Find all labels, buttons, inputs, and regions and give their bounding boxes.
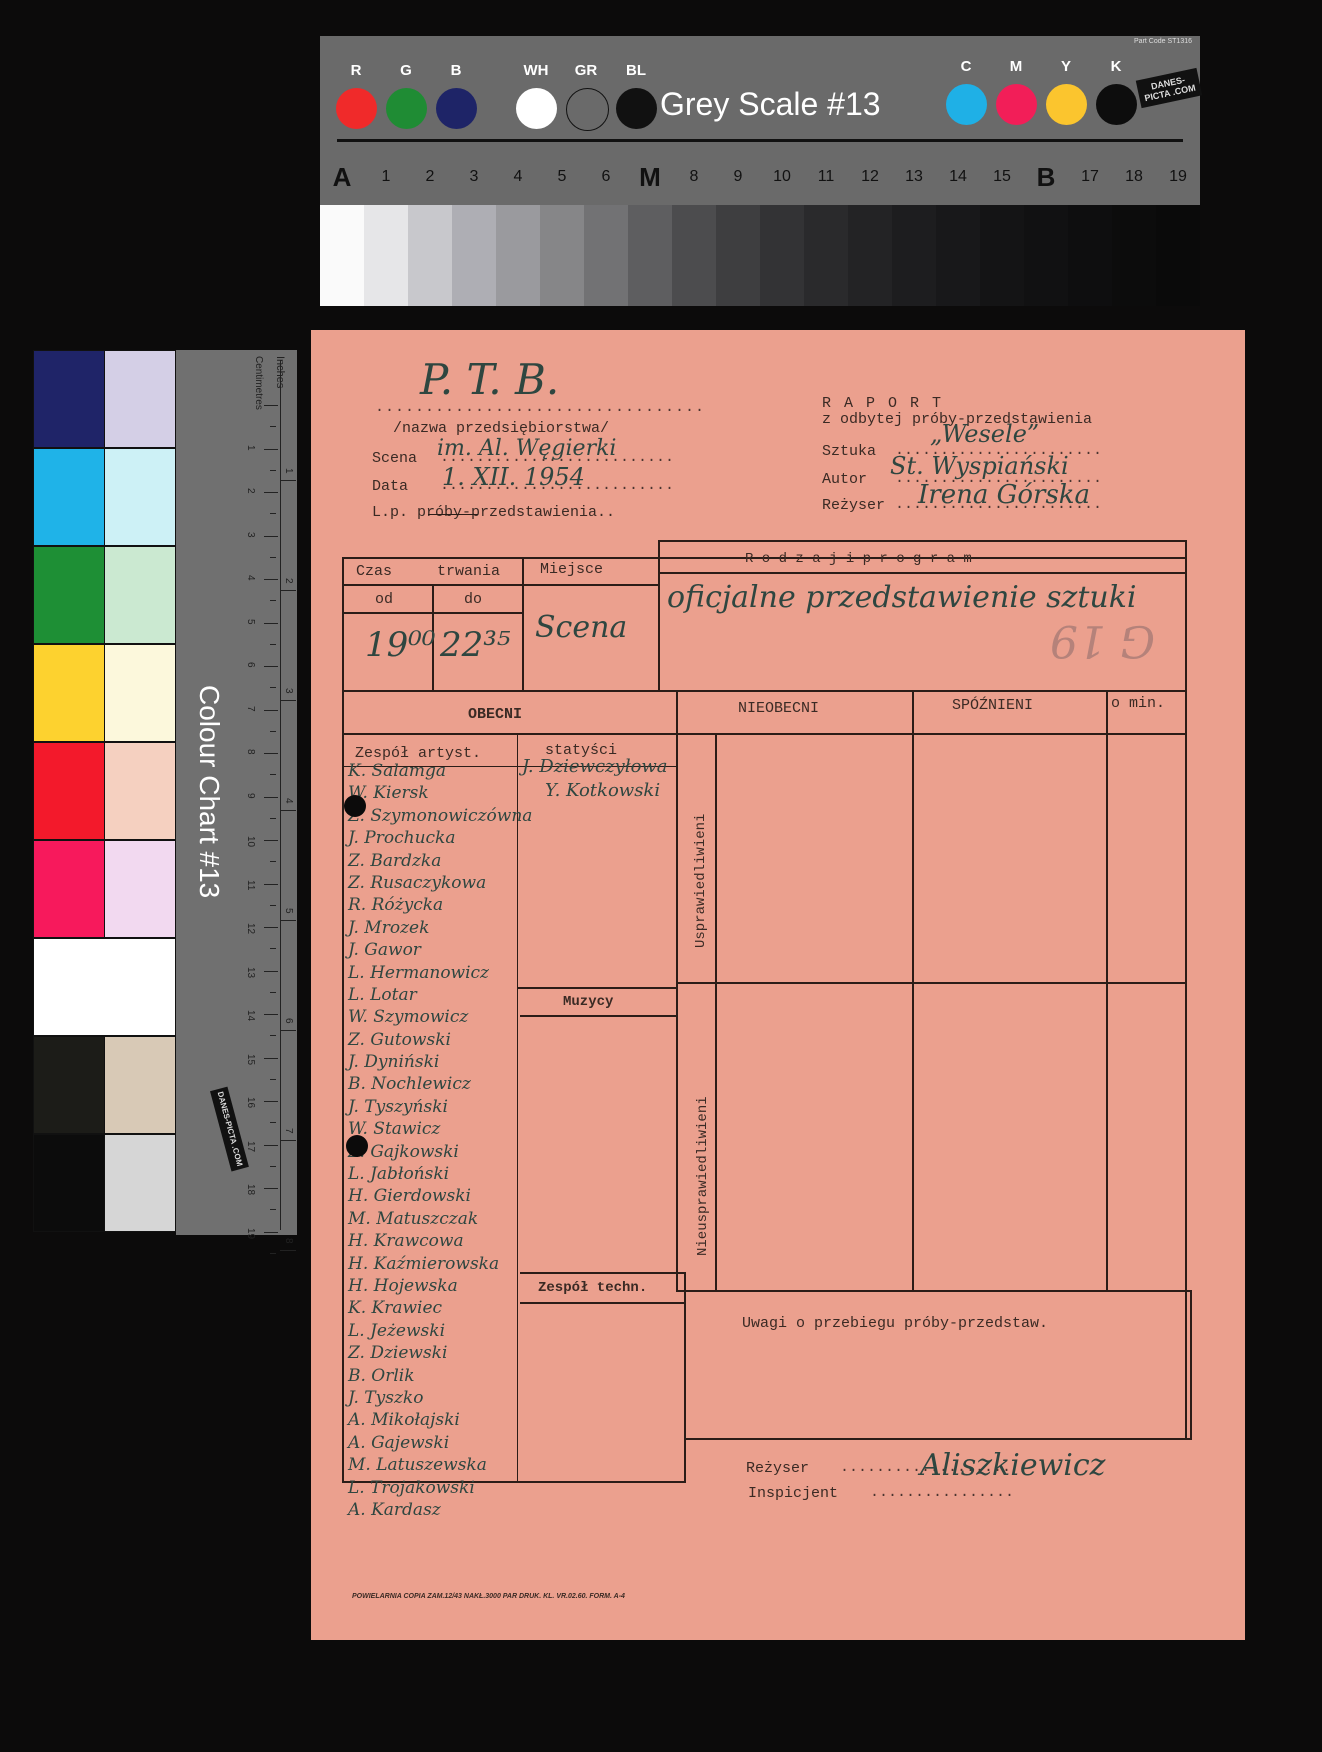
ruler-tick bbox=[270, 905, 276, 906]
ruler-tick bbox=[264, 623, 278, 624]
ruler-inch-tick bbox=[280, 700, 296, 701]
artist-entry: A. Kardasz bbox=[348, 1499, 538, 1521]
ruler-tick bbox=[270, 1253, 276, 1254]
scena-label: Scena bbox=[372, 450, 417, 467]
ruler-tick bbox=[270, 1079, 276, 1080]
ruler-tick bbox=[264, 1101, 278, 1102]
ruler-inch-tick bbox=[280, 1250, 296, 1251]
sztuka-label: Sztuka bbox=[822, 443, 876, 460]
ruler-tick bbox=[270, 948, 276, 949]
lp-label-text: L.p. próby-przedstawienia.. bbox=[372, 504, 615, 521]
miejsce-value: Scena bbox=[535, 610, 627, 645]
ruler-tick bbox=[270, 513, 276, 514]
table-line bbox=[676, 1290, 1192, 1292]
artist-entry: R. Różycka bbox=[348, 894, 538, 916]
ruler-cm-number: 10 bbox=[245, 836, 256, 847]
scale-label: 15 bbox=[980, 160, 1024, 194]
grey-patch bbox=[980, 205, 1024, 306]
scale-label: 4 bbox=[496, 160, 540, 194]
grey-patch bbox=[320, 205, 364, 306]
ruler-tick bbox=[264, 405, 278, 406]
ruler-tick bbox=[270, 470, 276, 471]
o-min-header: o min. bbox=[1111, 695, 1165, 712]
ruler-cm-number: 16 bbox=[245, 1097, 256, 1108]
zespol-techn-header: Zespół techn. bbox=[538, 1280, 647, 1296]
ruler-tick bbox=[264, 492, 278, 493]
ruler-tick bbox=[264, 1145, 278, 1146]
colour-patch-cyan-dark bbox=[33, 448, 105, 546]
autor-label: Autor bbox=[822, 471, 867, 488]
table-line bbox=[1106, 690, 1108, 1290]
scena-value: im. Al. Węgierki bbox=[437, 436, 616, 461]
ruler-tick bbox=[264, 449, 278, 450]
uwagi-label: Uwagi o przebiegu próby-przedstaw. bbox=[742, 1315, 1048, 1332]
ruler-cm-number: 9 bbox=[245, 793, 256, 799]
grey-patch bbox=[848, 205, 892, 306]
nieobecni-header: NIEOBECNI bbox=[738, 700, 819, 717]
ruler-cm-number: 1 bbox=[245, 445, 256, 451]
scale-label: 2 bbox=[408, 160, 452, 194]
ruler-tick bbox=[270, 992, 276, 993]
swatch-label-c: C bbox=[944, 58, 988, 75]
strikethrough bbox=[428, 514, 478, 515]
od-header: od bbox=[375, 591, 393, 608]
ruler-inch-tick bbox=[280, 1140, 296, 1141]
swatch-label-gr: GR bbox=[564, 62, 608, 79]
grey-patch bbox=[1068, 205, 1112, 306]
ruler-tick bbox=[264, 1232, 278, 1233]
punch-hole bbox=[344, 795, 366, 817]
ruler-cm-number: 4 bbox=[245, 575, 256, 581]
ruler-inch-tick bbox=[280, 920, 296, 921]
swatch-label-wh: WH bbox=[514, 62, 558, 79]
scale-label: 13 bbox=[892, 160, 936, 194]
punch-hole bbox=[346, 1135, 368, 1157]
grey-patch bbox=[408, 205, 452, 306]
table-line bbox=[676, 982, 1186, 984]
grey-patch bbox=[584, 205, 628, 306]
table-line bbox=[342, 584, 660, 586]
artist-list: K. SalamgaW. KierskZ. SzymonowiczównaJ. … bbox=[348, 760, 538, 1521]
rezyser-value: Irena Górska bbox=[918, 480, 1090, 510]
ruler-line bbox=[280, 360, 281, 1230]
ruler-tick bbox=[270, 1209, 276, 1210]
grey-patch bbox=[1112, 205, 1156, 306]
ruler-tick bbox=[264, 666, 278, 667]
ruler-inch-number: 1 bbox=[283, 468, 294, 474]
table-line bbox=[1185, 540, 1187, 1438]
artist-entry: W. Stawicz bbox=[348, 1118, 538, 1140]
ruler-inch-number: 2 bbox=[283, 578, 294, 584]
table-line bbox=[658, 572, 1187, 574]
footer-rezyser-label: Reżyser bbox=[746, 1460, 809, 1477]
czas-header: Czas bbox=[356, 563, 392, 580]
grey-chart-title: Grey Scale #13 bbox=[660, 86, 881, 123]
artist-entry: A. Mikołajski bbox=[348, 1409, 538, 1431]
artist-entry: J. Prochucka bbox=[348, 827, 538, 849]
table-line bbox=[520, 1302, 685, 1304]
artist-entry: L. Jeżewski bbox=[348, 1320, 538, 1342]
ruler-tick bbox=[264, 753, 278, 754]
swatch-bl bbox=[616, 88, 657, 129]
grey-patch bbox=[496, 205, 540, 306]
do-header: do bbox=[464, 591, 482, 608]
rodzaj-value: oficjalne przedstawienie sztuki bbox=[667, 580, 1137, 615]
ruler-tick bbox=[264, 840, 278, 841]
grey-patch bbox=[1156, 205, 1200, 306]
scale-label: 5 bbox=[540, 160, 584, 194]
grey-scale-labels: A123456M89101112131415B171819 bbox=[320, 160, 1200, 194]
scale-label: 3 bbox=[452, 160, 496, 194]
colour-patch-blue-dark bbox=[33, 350, 105, 448]
colour-patch-green-dark bbox=[33, 546, 105, 644]
ruler-tick bbox=[270, 426, 276, 427]
table-line bbox=[658, 540, 1187, 542]
spoznieni-header: SPÓŹNIENI bbox=[952, 697, 1033, 714]
artist-entry: Z. Gajkowski bbox=[348, 1141, 538, 1163]
grey-scale-patches bbox=[320, 205, 1200, 306]
ruler-inch-number: 5 bbox=[283, 908, 294, 914]
ruler-cm-number: 5 bbox=[245, 619, 256, 625]
autor-value: St. Wyspiański bbox=[890, 452, 1069, 480]
muzycy-header: Muzycy bbox=[563, 994, 613, 1010]
artist-entry: M. Latuszewska bbox=[348, 1454, 538, 1476]
artist-entry: Z. Gutowski bbox=[348, 1029, 538, 1051]
swatch-label-g: G bbox=[384, 62, 428, 79]
ruler-tick bbox=[264, 927, 278, 928]
scale-label: 12 bbox=[848, 160, 892, 194]
table-line bbox=[517, 987, 677, 989]
grey-patch bbox=[716, 205, 760, 306]
table-line bbox=[342, 733, 1187, 735]
grey-scale-chart: Part Code ST1316 RGBWHGRBLCMYK Grey Scal… bbox=[320, 36, 1200, 306]
scale-label: 19 bbox=[1156, 160, 1200, 194]
artist-entry: K. Salamga bbox=[348, 760, 538, 782]
ruler-cm-number: 8 bbox=[245, 749, 256, 755]
artist-entry: L. Jabłoński bbox=[348, 1163, 538, 1185]
swatch-gr bbox=[566, 88, 609, 131]
ruler-tick bbox=[270, 557, 276, 558]
colour-patch-3/color-dark bbox=[33, 1036, 105, 1134]
part-code: Part Code ST1316 bbox=[1134, 38, 1192, 46]
colour-patch-3/color-light bbox=[104, 1036, 176, 1134]
ruler-tick bbox=[270, 644, 276, 645]
ruler-cm-number: 19 bbox=[245, 1228, 256, 1239]
ruler-inch-tick bbox=[280, 810, 296, 811]
colour-patch-magenta-light bbox=[104, 840, 176, 938]
grey-patch bbox=[364, 205, 408, 306]
artist-entry: J. Gawor bbox=[348, 939, 538, 961]
lp-label: L.p. próby-przedstawienia.. bbox=[372, 504, 615, 521]
ruler-tick bbox=[270, 1035, 276, 1036]
artist-entry: H. Gierdowski bbox=[348, 1185, 538, 1207]
artist-entry: J. Dyniński bbox=[348, 1051, 538, 1073]
artist-entry: H. Kaźmierowska bbox=[348, 1253, 538, 1275]
org-label: /nazwa przedsiębiorstwa/ bbox=[393, 420, 609, 437]
colour-patch-black-light bbox=[104, 1134, 176, 1232]
colour-patch-yellow-light bbox=[104, 644, 176, 742]
artist-entry: W. Szymowicz bbox=[348, 1006, 538, 1028]
danes-picta-logo-small: DANES-PICTA .COM bbox=[210, 1087, 249, 1172]
grey-patch bbox=[628, 205, 672, 306]
scale-label: 18 bbox=[1112, 160, 1156, 194]
swatch-r bbox=[336, 88, 377, 129]
artist-entry: M. Matuszczak bbox=[348, 1208, 538, 1230]
artist-entry: J. Mrozek bbox=[348, 917, 538, 939]
report-title: R A P O R T bbox=[822, 395, 943, 412]
swatch-label-k: K bbox=[1094, 58, 1138, 75]
artist-entry: K. Krawiec bbox=[348, 1297, 538, 1319]
grey-patch bbox=[760, 205, 804, 306]
statysta-1: J. Dziewczyłowa bbox=[522, 756, 668, 777]
artist-entry: B. Nochlewicz bbox=[348, 1073, 538, 1095]
artist-entry: W. Kiersk bbox=[348, 782, 538, 804]
miejsce-header: Miejsce bbox=[540, 561, 603, 578]
colour-patch-red-dark bbox=[33, 742, 105, 840]
colour-patch-yellow-dark bbox=[33, 644, 105, 742]
colour-patch-white bbox=[33, 938, 176, 1036]
table-line bbox=[342, 690, 1187, 692]
ruler-tick bbox=[264, 1014, 278, 1015]
grey-patch bbox=[1024, 205, 1068, 306]
artist-entry: Z. Rusaczykowa bbox=[348, 872, 538, 894]
scale-label: 17 bbox=[1068, 160, 1112, 194]
table-line bbox=[522, 557, 524, 690]
scale-label: A bbox=[320, 160, 364, 194]
rezyser-label: Reżyser bbox=[822, 497, 885, 514]
scale-label: 8 bbox=[672, 160, 716, 194]
colour-patch-green-light bbox=[104, 546, 176, 644]
ruler-inch-number: 4 bbox=[283, 798, 294, 804]
ruler-tick bbox=[264, 579, 278, 580]
ruler-tick bbox=[270, 600, 276, 601]
od-value: 19⁰⁰ bbox=[365, 625, 436, 665]
ruler-cm-number: 18 bbox=[245, 1184, 256, 1195]
scale-label: 10 bbox=[760, 160, 804, 194]
inspicjent-signature: Aliszkiewicz bbox=[920, 1448, 1105, 1483]
ruler-tick bbox=[270, 731, 276, 732]
trwania-header: trwania bbox=[437, 563, 500, 580]
swatch-label-m: M bbox=[994, 58, 1038, 75]
colour-patch-cyan-light bbox=[104, 448, 176, 546]
artist-entry: J. Tyszko bbox=[348, 1387, 538, 1409]
printer-imprint: POWIELARNIA COPIA ZAM.12/43 NAKŁ.3000 PA… bbox=[352, 1593, 625, 1600]
grey-patch bbox=[672, 205, 716, 306]
ruler-cm-number: 3 bbox=[245, 532, 256, 538]
ruler-inch-number: 6 bbox=[283, 1018, 294, 1024]
ruler-cm-number: 2 bbox=[245, 488, 256, 494]
colour-patch-black-dark bbox=[33, 1134, 105, 1232]
ruler-cm-number: 6 bbox=[245, 662, 256, 668]
ruler-centimetres-label: Centimetres bbox=[253, 356, 264, 410]
grey-chart-divider bbox=[337, 139, 1183, 142]
table-line bbox=[342, 557, 344, 1482]
scale-label: M bbox=[628, 160, 672, 194]
swatch-g bbox=[386, 88, 427, 129]
scale-label: 9 bbox=[716, 160, 760, 194]
sztuka-value: „Wesele” bbox=[930, 420, 1039, 448]
artist-entry: L. Hermanowicz bbox=[348, 962, 538, 984]
archive-stamp: G 19 bbox=[1050, 615, 1155, 666]
ruler-tick bbox=[270, 687, 276, 688]
data-label: Data bbox=[372, 478, 408, 495]
colour-chart: Inches Centimetres 123456789101112131415… bbox=[30, 350, 297, 1235]
colour-patch-blue-light bbox=[104, 350, 176, 448]
ruler-tick bbox=[264, 710, 278, 711]
ruler-tick bbox=[264, 1188, 278, 1189]
artist-entry: H. Hojewska bbox=[348, 1275, 538, 1297]
do-value: 22³⁵ bbox=[440, 625, 511, 665]
ruler-inch-tick bbox=[280, 1030, 296, 1031]
ruler-tick bbox=[264, 797, 278, 798]
table-line bbox=[684, 1272, 686, 1482]
artist-entry: J. Tyszyński bbox=[348, 1096, 538, 1118]
artist-entry: Z. Dziewski bbox=[348, 1342, 538, 1364]
table-line bbox=[520, 1272, 685, 1274]
ruler-tick bbox=[270, 1122, 276, 1123]
ruler-cm-number: 11 bbox=[245, 880, 256, 890]
artist-entry: B. Orlik bbox=[348, 1365, 538, 1387]
ruler-cm-number: 12 bbox=[245, 923, 256, 934]
swatch-label-bl: BL bbox=[614, 62, 658, 79]
ruler-tick bbox=[270, 818, 276, 819]
swatch-y bbox=[1046, 84, 1087, 125]
ruler-tick bbox=[270, 1166, 276, 1167]
ruler-tick bbox=[270, 861, 276, 862]
grey-patch bbox=[540, 205, 584, 306]
ruler-cm-number: 14 bbox=[245, 1010, 256, 1021]
table-line bbox=[912, 690, 914, 1290]
table-line bbox=[676, 690, 678, 1290]
swatch-label-y: Y bbox=[1044, 58, 1088, 75]
swatch-b bbox=[436, 88, 477, 129]
scale-label: 14 bbox=[936, 160, 980, 194]
grey-patch bbox=[452, 205, 496, 306]
ruler-inch-number: 3 bbox=[283, 688, 294, 694]
swatch-m bbox=[996, 84, 1037, 125]
scale-label: 1 bbox=[364, 160, 408, 194]
table-line bbox=[715, 735, 717, 1290]
dotted-line: ················ bbox=[870, 1487, 1014, 1504]
artist-entry: Z. Bardzka bbox=[348, 850, 538, 872]
table-line bbox=[686, 1438, 1192, 1440]
artist-entry: Z. Szymonowiczówna bbox=[348, 805, 538, 827]
scale-label: 6 bbox=[584, 160, 628, 194]
ruler-tick bbox=[264, 884, 278, 885]
table-line bbox=[520, 1015, 677, 1017]
ruler-inch-number: 8 bbox=[283, 1238, 294, 1244]
artist-entry: A. Gajewski bbox=[348, 1432, 538, 1454]
nieusprawiedliwieni-label: Nieusprawiedliwieni bbox=[695, 1096, 711, 1256]
swatch-c bbox=[946, 84, 987, 125]
swatch-label-b: B bbox=[434, 62, 478, 79]
organization-handwritten: P. T. B. bbox=[420, 355, 559, 404]
scale-label: B bbox=[1024, 160, 1068, 194]
danes-picta-logo: DANES-PICTA .COM bbox=[1136, 68, 1202, 108]
table-line bbox=[658, 540, 660, 690]
grey-patch bbox=[892, 205, 936, 306]
ruler-tick bbox=[264, 1058, 278, 1059]
ruler-inch-tick bbox=[280, 590, 296, 591]
colour-chart-title: Colour Chart #13 bbox=[193, 685, 225, 898]
obecni-header: OBECNI bbox=[468, 706, 522, 723]
ruler-cm-number: 15 bbox=[245, 1054, 256, 1065]
grey-patch bbox=[936, 205, 980, 306]
ruler-inch-tick bbox=[280, 480, 296, 481]
colour-patch-magenta-dark bbox=[33, 840, 105, 938]
usprawiedliwieni-label: Usprawiedliwieni bbox=[693, 814, 709, 948]
date-value: 1. XII. 1954 bbox=[442, 463, 585, 491]
swatch-label-r: R bbox=[334, 62, 378, 79]
statysta-2: Y. Kotkowski bbox=[545, 780, 660, 801]
artist-entry: L. Trojakowski bbox=[348, 1477, 538, 1499]
ruler-inch-number: 7 bbox=[283, 1128, 294, 1134]
scale-label: 11 bbox=[804, 160, 848, 194]
swatch-wh bbox=[516, 88, 557, 129]
footer-inspicjent-label: Inspicjent bbox=[748, 1485, 838, 1502]
ruler-tick bbox=[264, 536, 278, 537]
ruler-tick bbox=[264, 971, 278, 972]
table-line bbox=[1190, 1290, 1192, 1440]
ruler-cm-number: 17 bbox=[245, 1141, 256, 1152]
artist-entry: H. Krawcowa bbox=[348, 1230, 538, 1252]
swatch-k bbox=[1096, 84, 1137, 125]
rodzaj-program-header: R o d z a j i p r o g r a m bbox=[745, 551, 972, 567]
artist-entry: L. Lotar bbox=[348, 984, 538, 1006]
dotted-line: ································· bbox=[375, 402, 705, 419]
colour-patch-red-light bbox=[104, 742, 176, 840]
grey-patch bbox=[804, 205, 848, 306]
ruler-cm-number: 13 bbox=[245, 967, 256, 978]
ruler-cm-number: 7 bbox=[245, 706, 256, 712]
ruler-tick bbox=[270, 774, 276, 775]
